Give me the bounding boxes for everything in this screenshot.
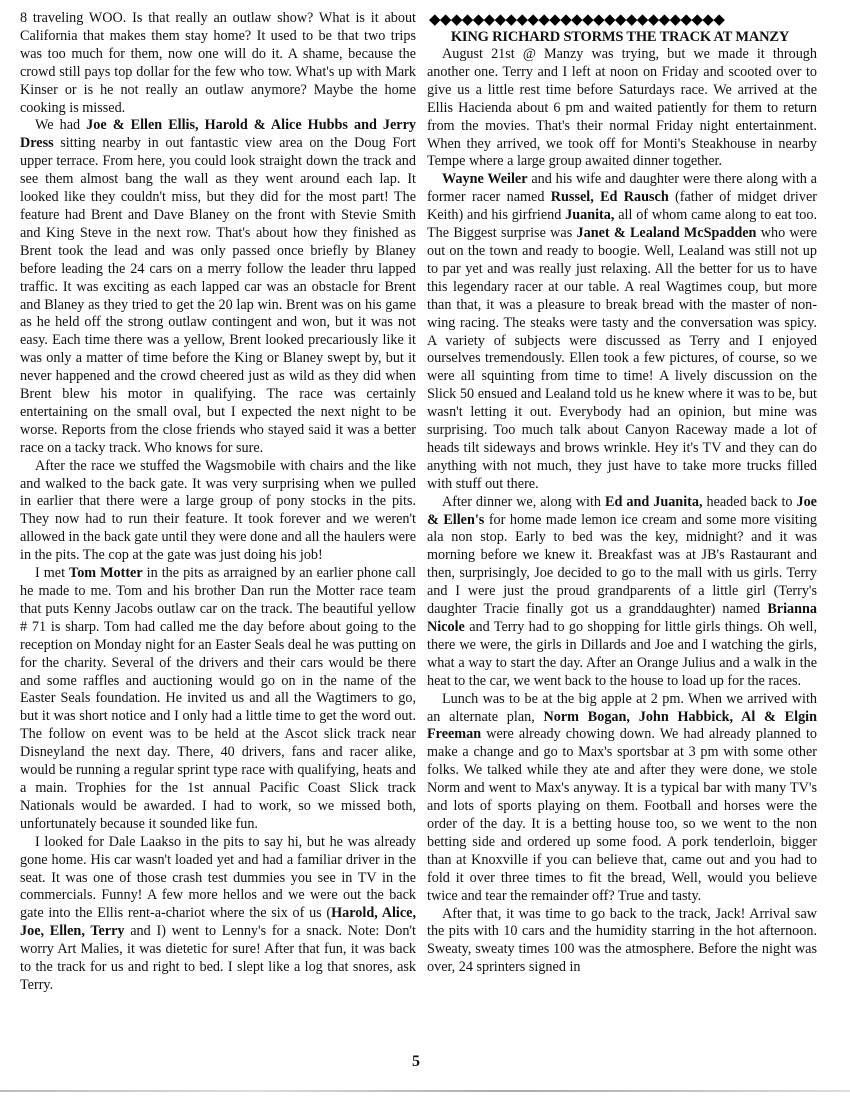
text-run: in the pits as arraigned by an earlier p… (20, 565, 416, 832)
text-run: and Terry had to go shopping for little … (427, 619, 817, 689)
paragraph: I met Tom Motter in the pits as arraigne… (20, 565, 416, 834)
paragraph: After dinner we, along with Ed and Juani… (427, 494, 817, 691)
bold-names: Wayne Weiler (442, 171, 528, 187)
text-run: We had (35, 117, 86, 133)
text-run: After dinner we, along with (442, 494, 605, 510)
article-headline: KING RICHARD STORMS THE TRACK AT MANZY (423, 28, 817, 46)
bottom-scan-edge (0, 1090, 850, 1092)
bold-names: Tom Motter (69, 565, 143, 581)
paragraph: After that, it was time to go back to th… (427, 906, 817, 978)
paragraph: Lunch was to be at the big apple at 2 pm… (427, 691, 817, 906)
paragraph: 8 traveling WOO. Is that really an outla… (20, 10, 416, 117)
paragraph: Wayne Weiler and his wife and daughter w… (427, 171, 817, 493)
text-run: headed back to (703, 494, 797, 510)
bold-names: Ed and Juanita, (605, 494, 703, 510)
paragraph: After the race we stuffed the Wagsmobile… (20, 458, 416, 565)
newsletter-page: 8 traveling WOO. Is that really an outla… (0, 0, 850, 1100)
left-column: 8 traveling WOO. Is that really an outla… (20, 10, 416, 995)
text-run: were already chowing down. We had alread… (427, 726, 817, 903)
paragraph: I looked for Dale Laakso in the pits to … (20, 834, 416, 995)
bold-names: Russel, Ed Rausch (551, 189, 669, 205)
text-run: sitting nearby in out fantastic view are… (20, 135, 416, 455)
paragraph: August 21st @ Manzy was trying, but we m… (427, 46, 817, 171)
page-number: 5 (412, 1053, 420, 1071)
text-run: for home made lemon ice cream and some m… (427, 512, 817, 618)
text-run: who were out on the town and ready to bo… (427, 225, 817, 492)
diamond-divider: ◆◆◆◆◆◆◆◆◆◆◆◆◆◆◆◆◆◆◆◆◆◆◆◆◆◆◆ (429, 12, 817, 28)
text-run: I met (35, 565, 69, 581)
paragraph: We had Joe & Ellen Ellis, Harold & Alice… (20, 117, 416, 457)
bold-names: Juanita, (565, 207, 614, 223)
right-column: ◆◆◆◆◆◆◆◆◆◆◆◆◆◆◆◆◆◆◆◆◆◆◆◆◆◆◆ KING RICHARD… (427, 10, 817, 977)
bold-names: Janet & Lealand McSpadden (577, 225, 757, 241)
